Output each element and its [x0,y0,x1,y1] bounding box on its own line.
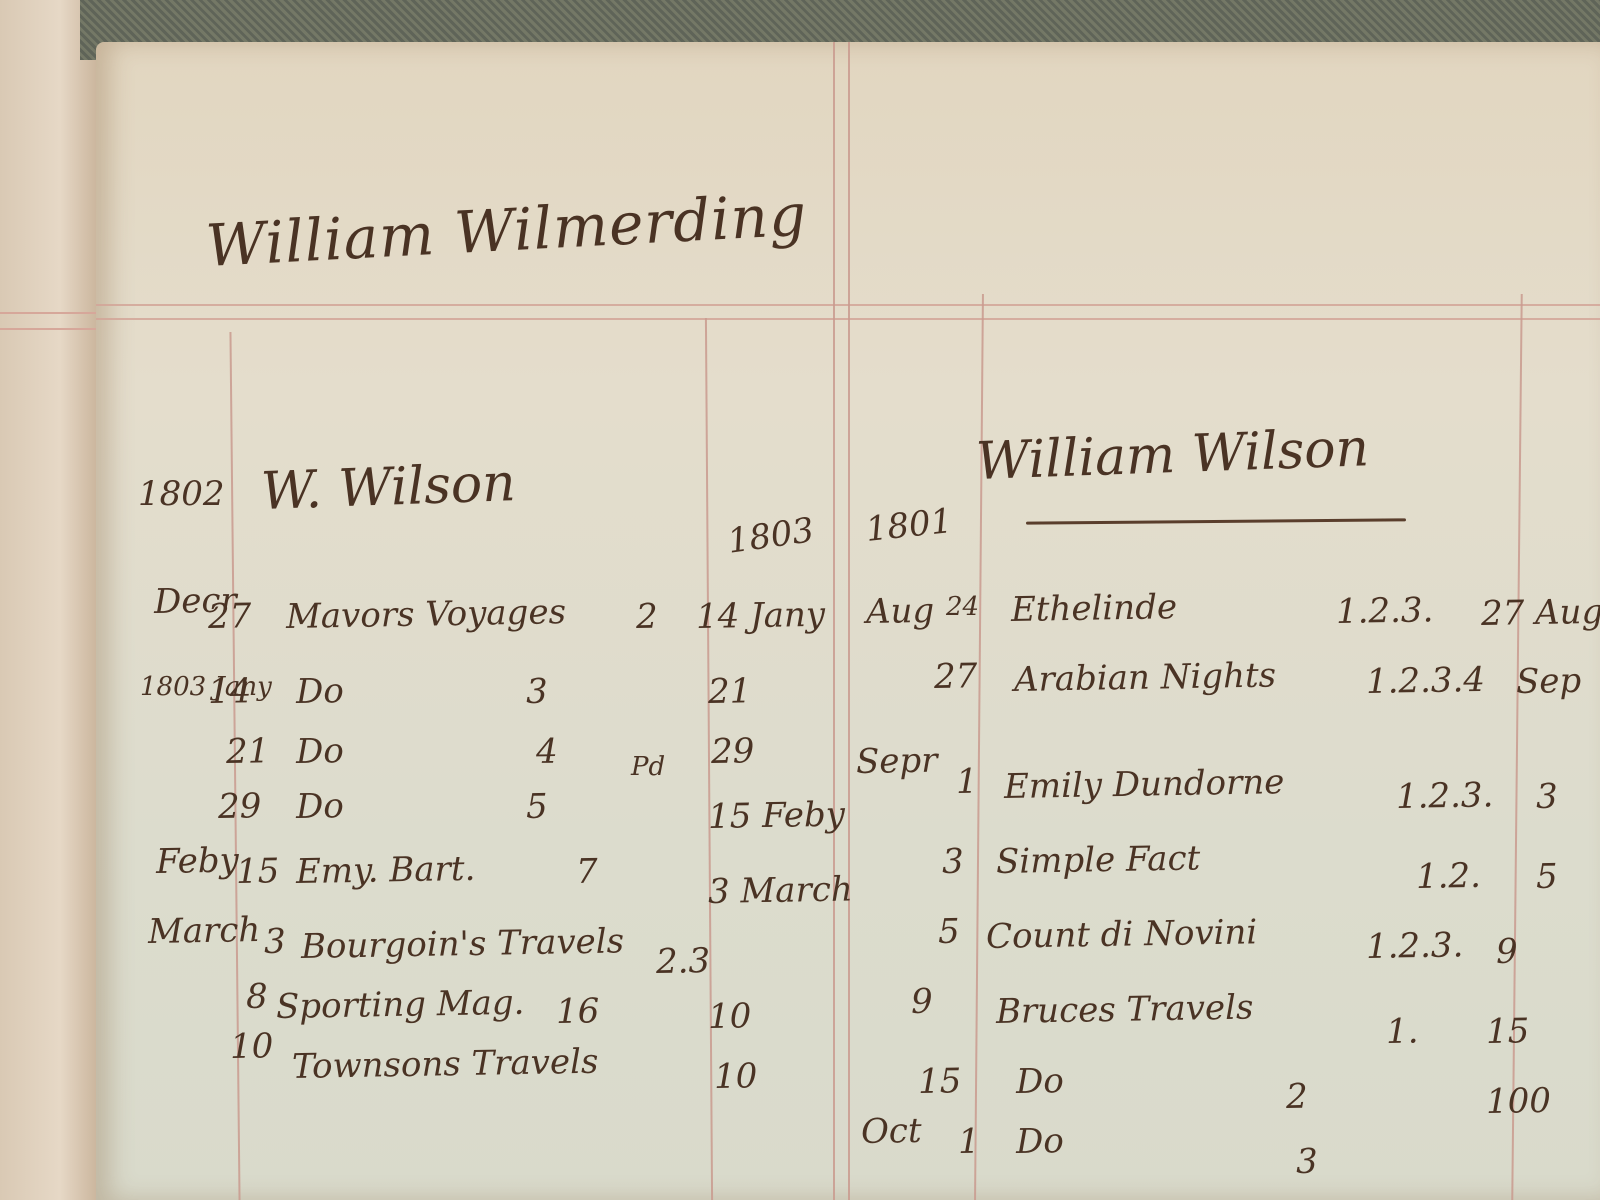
entry-day: 3 [942,842,964,882]
entry-item: Emy. Bart. [296,849,476,892]
ledger-page: William Wilmerding 1802 W. Wilson 1803 D… [96,42,1600,1200]
entry-item: Do [1016,1121,1064,1162]
right-header-year: 1801 [864,501,954,550]
entry-return: 27 Aug [1481,592,1600,634]
center-rule [833,42,835,1200]
entry-volume: 5 [526,787,548,827]
entry-day: 1 [958,1122,980,1162]
name-underline [1026,518,1406,524]
entry-return: 3 March [708,869,853,912]
entry-item: Mavors Voyages [286,592,567,637]
entry-item: Townsons Travels [292,1042,599,1087]
entry-volume: 16 [556,991,600,1032]
entry-volume: 2 [1286,1077,1308,1117]
left-return-year: 1803 [725,510,816,562]
entry-return: 29 [711,731,755,772]
entry-return: 9 [1496,932,1518,972]
entry-day: 3 [264,922,286,962]
entry-day: 1 [956,762,978,802]
entry-item: Do [1016,1061,1064,1102]
entry-return: 15 [1486,1011,1530,1052]
entry-month: March [148,910,261,952]
entry-day: 29 [218,786,262,827]
entry-return: 21 [708,671,752,712]
entry-item: Bourgoin's Travels [301,921,625,967]
entry-volume: 1.2.3. [1396,775,1494,817]
page-rule [0,312,100,314]
entry-volume: 3 [526,672,548,712]
entry-volume: 1.2.3. [1336,590,1434,632]
entry-day: 27 [208,596,252,637]
left-account-name: W. Wilson [260,453,517,522]
entry-day: 10 [230,1026,274,1067]
entry-return: 3 [1536,777,1558,817]
entry-day: 15 [236,851,280,892]
entry-item: Bruces Travels [996,988,1254,1032]
entry-item: Ethelinde [1011,587,1178,630]
entry-item: Emily Dundorne [1004,762,1285,807]
entry-return: 15 Feby [708,795,846,837]
center-rule [848,42,850,1200]
column-rule [974,294,984,1200]
entry-volume: 4 [536,732,558,772]
entry-day: 15 [918,1061,962,1102]
entry-day: 5 [938,912,960,952]
facing-page [0,0,102,1200]
entry-item: Do [296,671,344,712]
entry-item: Do [296,786,344,827]
left-header-year: 1802 [138,474,225,514]
page-title: William Wilmerding [204,181,808,280]
entry-volume: 3 [1296,1142,1318,1182]
entry-return: 100 [1486,1081,1552,1122]
entry-month: Feby [156,841,240,882]
right-account-name: William Wilson [975,418,1370,492]
entry-month: Aug [866,591,935,632]
entry-volume: 1. [1386,1011,1419,1052]
entry-return: 5 [1536,857,1558,897]
page-rule [0,328,100,330]
entry-volume: 1.2.3.4 [1366,660,1486,702]
entry-note: Pd [631,752,665,782]
entry-item: Sporting Mag. [276,983,525,1027]
entry-volume: 1.2. [1416,856,1482,897]
entry-month: 1803 Jany [140,672,272,702]
entry-item: Arabian Nights [1014,655,1277,700]
entry-month: Oct [861,1111,922,1152]
column-rule [1511,294,1522,1200]
entry-volume: 1.2.3. [1366,925,1464,967]
entry-return: 14 Jany [696,595,826,637]
entry-item: Count di Novini [986,912,1258,957]
entry-day: 8 [246,977,268,1017]
entry-day: 14 [208,671,252,712]
entry-volume: 2.3 [656,941,711,982]
entry-day: 24 [946,592,979,622]
entry-item: Do [296,731,344,772]
entry-item: Simple Fact [996,838,1201,882]
entry-day: 21 [226,731,270,772]
entry-volume: 2 [636,597,658,637]
entry-volume: 7 [576,852,598,892]
entry-month: Sepr [856,741,938,782]
entry-return: Sep [1516,661,1582,702]
entry-day: 9 [911,982,933,1022]
entry-day: 27 [934,656,978,697]
entry-return: 10 [714,1056,758,1097]
entry-return: 10 [708,996,752,1037]
